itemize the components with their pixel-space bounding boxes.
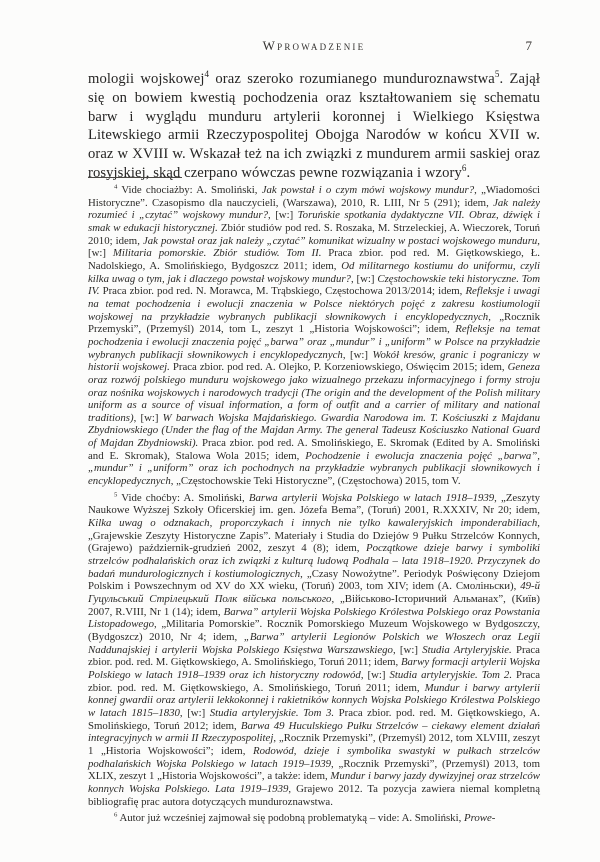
footnote-5: 5 Vide choćby: A. Smoliński, Barwa artyl…: [88, 492, 540, 808]
footnote-separator: [88, 177, 182, 178]
footnote-4: 4 Vide chociażby: A. Smoliński, Jak pows…: [88, 184, 540, 488]
footnote-6: 6 Autor już wcześniej zajmował się podob…: [88, 812, 540, 825]
body-paragraph: mologii wojskowej4 oraz szeroko rozumian…: [88, 70, 540, 183]
page-number: 7: [526, 38, 533, 54]
footnotes-section: 4 Vide chociażby: A. Smoliński, Jak pows…: [88, 184, 540, 825]
page-header: Wprowadzenie 7: [88, 38, 540, 54]
book-page: Wprowadzenie 7 mologii wojskowej4 oraz s…: [0, 0, 600, 862]
running-title: Wprowadzenie: [88, 38, 540, 54]
